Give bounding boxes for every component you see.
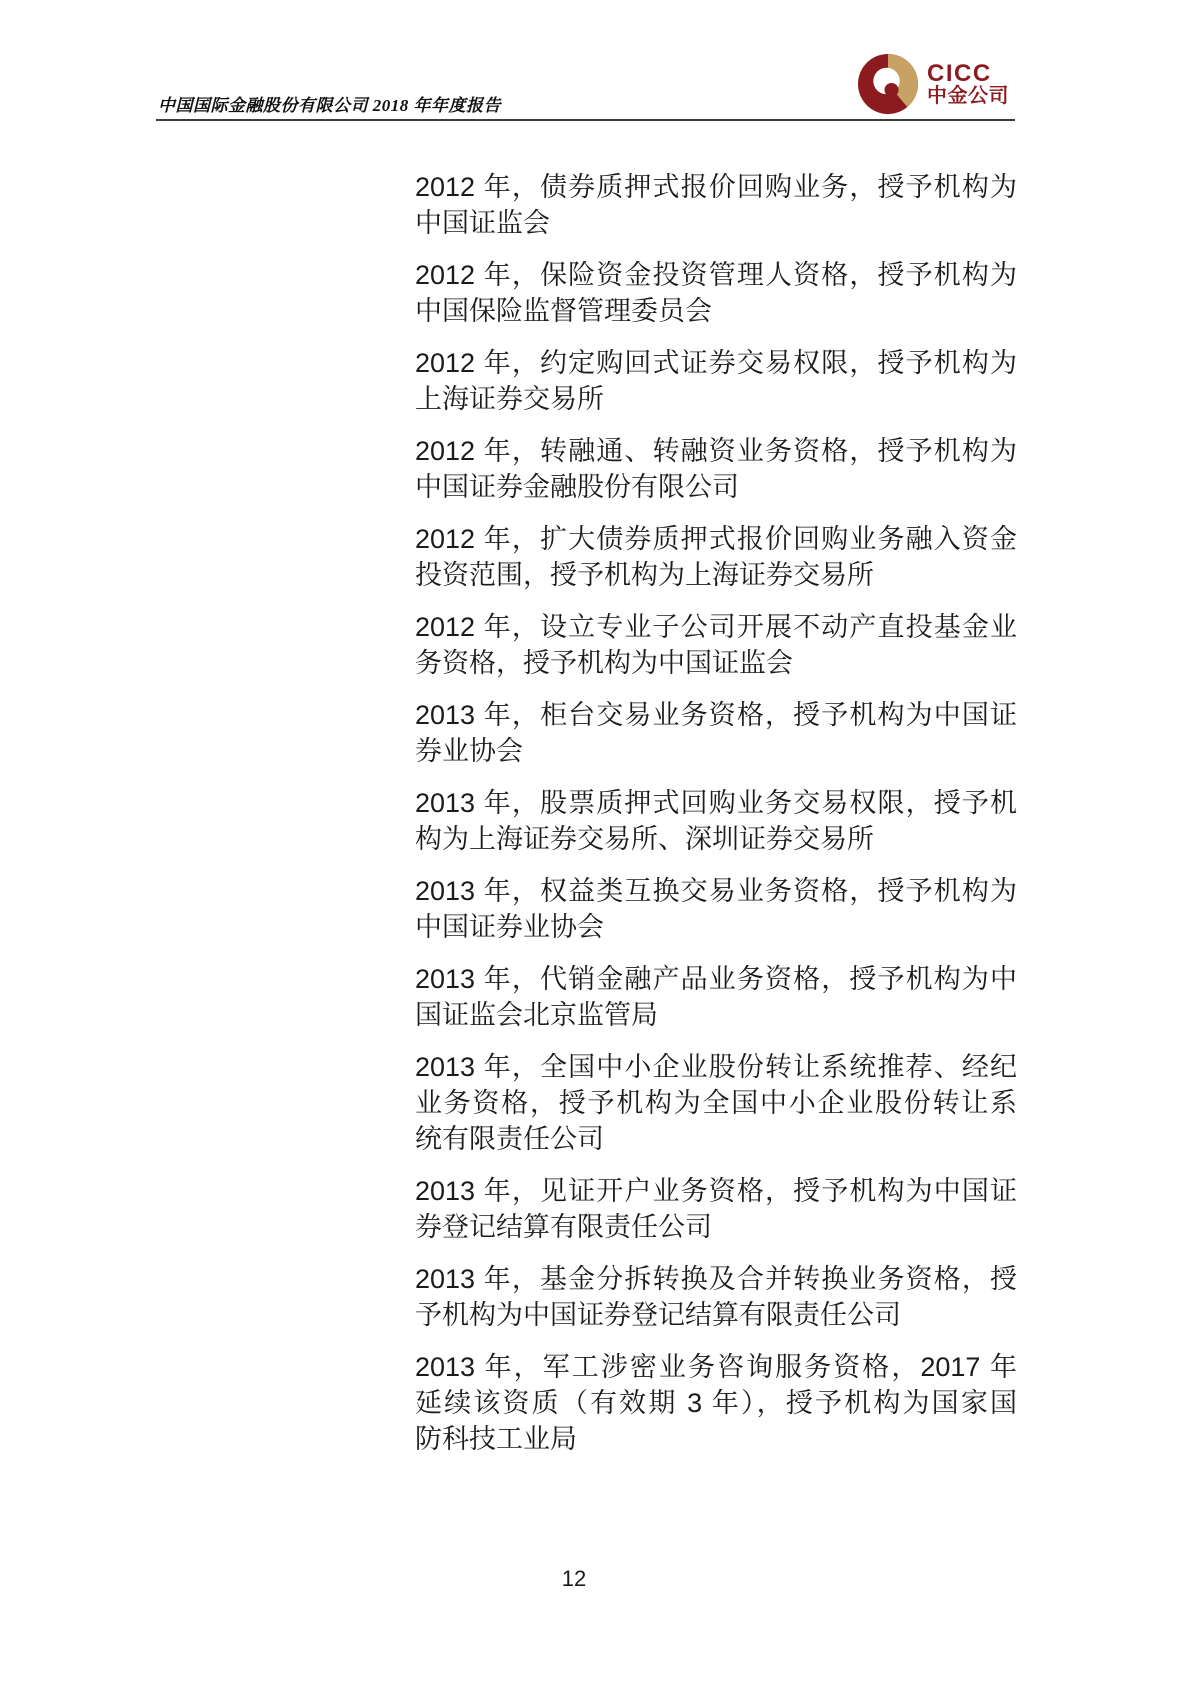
- paragraph-line: 中国保险监督管理委员会: [415, 293, 1017, 329]
- cicc-logo-text-zh: 中金公司: [927, 86, 1009, 107]
- paragraph-line: 统有限责任公司: [415, 1121, 1017, 1157]
- qualification-list: 2012 年，债券质押式报价回购业务，授予机构为中国证监会2012 年，保险资金…: [415, 169, 1017, 1457]
- paragraph-line: 2012 年，约定购回式证券交易权限，授予机构为: [415, 345, 1017, 381]
- paragraph-line: 予机构为中国证券登记结算有限责任公司: [415, 1297, 1017, 1333]
- paragraph-line: 2012 年，保险资金投资管理人资格，授予机构为: [415, 257, 1017, 293]
- paragraph: 2012 年，转融通、转融资业务资格，授予机构为中国证券金融股份有限公司: [415, 433, 1017, 505]
- cicc-logo-text-en: CICC: [927, 62, 1009, 86]
- paragraph-line: 券业协会: [415, 733, 1017, 769]
- paragraph: 2013 年，柜台交易业务资格，授予机构为中国证券业协会: [415, 697, 1017, 769]
- paragraph-line: 务资格，授予机构为中国证监会: [415, 645, 1017, 681]
- paragraph-line: 2012 年，设立专业子公司开展不动产直投基金业: [415, 609, 1017, 645]
- paragraph: 2012 年，扩大债券质押式报价回购业务融入资金投资范围，授予机构为上海证券交易…: [415, 521, 1017, 593]
- paragraph: 2013 年，基金分拆转换及合并转换业务资格，授予机构为中国证券登记结算有限责任…: [415, 1261, 1017, 1333]
- paragraph: 2013 年，见证开户业务资格，授予机构为中国证券登记结算有限责任公司: [415, 1173, 1017, 1245]
- cicc-logo: CICC 中金公司: [858, 54, 1009, 114]
- paragraph: 2012 年，保险资金投资管理人资格，授予机构为中国保险监督管理委员会: [415, 257, 1017, 329]
- paragraph-line: 2012 年，扩大债券质押式报价回购业务融入资金: [415, 521, 1017, 557]
- paragraph-line: 构为上海证券交易所、深圳证券交易所: [415, 821, 1017, 857]
- paragraph-line: 2013 年，全国中小企业股份转让系统推荐、经纪: [415, 1049, 1017, 1085]
- report-page: 中国国际金融股份有限公司 2018 年年度报告 CICC 中金公司 2012 年…: [0, 0, 1190, 1684]
- paragraph: 2012 年，债券质押式报价回购业务，授予机构为中国证监会: [415, 169, 1017, 241]
- paragraph-line: 中国证监会: [415, 205, 1017, 241]
- paragraph-line: 2013 年，代销金融产品业务资格，授予机构为中: [415, 961, 1017, 997]
- paragraph-line: 2013 年，见证开户业务资格，授予机构为中国证: [415, 1173, 1017, 1209]
- paragraph-line: 2013 年，基金分拆转换及合并转换业务资格，授: [415, 1261, 1017, 1297]
- header-divider: [156, 119, 1015, 121]
- paragraph: 2012 年，设立专业子公司开展不动产直投基金业务资格，授予机构为中国证监会: [415, 609, 1017, 681]
- page-footer: 12: [0, 1568, 1148, 1590]
- paragraph: 2013 年，军工涉密业务咨询服务资格，2017 年延续该资质（有效期 3 年）…: [415, 1349, 1017, 1457]
- paragraph-line: 中国证券金融股份有限公司: [415, 469, 1017, 505]
- cicc-logo-text: CICC 中金公司: [927, 62, 1009, 107]
- paragraph-line: 2012 年，债券质押式报价回购业务，授予机构为: [415, 169, 1017, 205]
- paragraph: 2013 年，股票质押式回购业务交易权限，授予机构为上海证券交易所、深圳证券交易…: [415, 785, 1017, 857]
- paragraph-line: 2013 年，权益类互换交易业务资格，授予机构为: [415, 873, 1017, 909]
- paragraph: 2013 年，代销金融产品业务资格，授予机构为中国证监会北京监管局: [415, 961, 1017, 1033]
- paragraph-line: 防科技工业局: [415, 1421, 1017, 1457]
- report-title: 中国国际金融股份有限公司 2018 年年度报告: [158, 91, 501, 116]
- paragraph-line: 国证监会北京监管局: [415, 997, 1017, 1033]
- paragraph-line: 上海证券交易所: [415, 381, 1017, 417]
- paragraph-line: 券登记结算有限责任公司: [415, 1209, 1017, 1245]
- paragraph-line: 2013 年，柜台交易业务资格，授予机构为中国证: [415, 697, 1017, 733]
- paragraph-line: 2012 年，转融通、转融资业务资格，授予机构为: [415, 433, 1017, 469]
- paragraph: 2013 年，全国中小企业股份转让系统推荐、经纪业务资格，授予机构为全国中小企业…: [415, 1049, 1017, 1157]
- paragraph-line: 业务资格，授予机构为全国中小企业股份转让系: [415, 1085, 1017, 1121]
- paragraph-line: 延续该资质（有效期 3 年），授予机构为国家国: [415, 1385, 1017, 1421]
- page-number: 12: [562, 1566, 586, 1591]
- paragraph-line: 2013 年，股票质押式回购业务交易权限，授予机: [415, 785, 1017, 821]
- paragraph-line: 投资范围，授予机构为上海证券交易所: [415, 557, 1017, 593]
- cicc-swirl-icon: [858, 54, 918, 114]
- paragraph-line: 中国证券业协会: [415, 909, 1017, 945]
- paragraph: 2013 年，权益类互换交易业务资格，授予机构为中国证券业协会: [415, 873, 1017, 945]
- paragraph: 2012 年，约定购回式证券交易权限，授予机构为上海证券交易所: [415, 345, 1017, 417]
- paragraph-line: 2013 年，军工涉密业务咨询服务资格，2017 年: [415, 1349, 1017, 1385]
